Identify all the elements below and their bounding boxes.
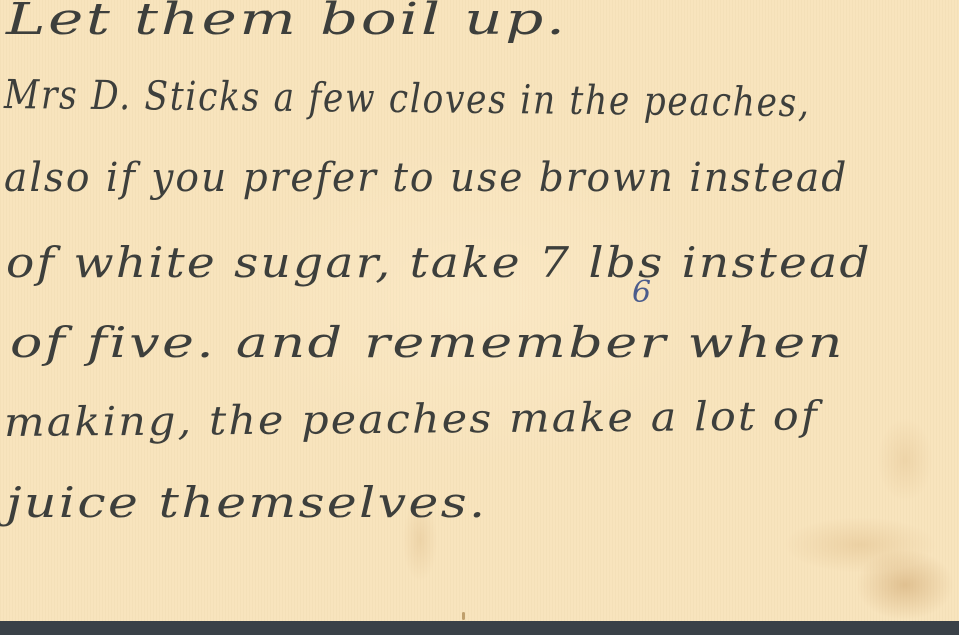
handwritten-line-3: also if you prefer to use brown instead (4, 155, 848, 201)
handwritten-line-2: Mrs D. Sticks a few cloves in the peache… (4, 72, 811, 126)
handwritten-line-4: of white sugar, take 7 lbs instead (6, 238, 872, 287)
handwritten-correction: 6 (632, 275, 651, 310)
handwritten-line-5: of five. and remember when (10, 318, 845, 367)
scan-border (0, 621, 959, 635)
recipe-card: Let them boil up. Mrs D. Sticks a few cl… (0, 0, 959, 621)
handwritten-line-7: juice themselves. (6, 478, 487, 527)
paper-stain (462, 612, 465, 620)
handwritten-line-1: Let them boil up. (6, 0, 568, 45)
handwritten-line-6: making, the peaches make a lot of (4, 393, 819, 446)
